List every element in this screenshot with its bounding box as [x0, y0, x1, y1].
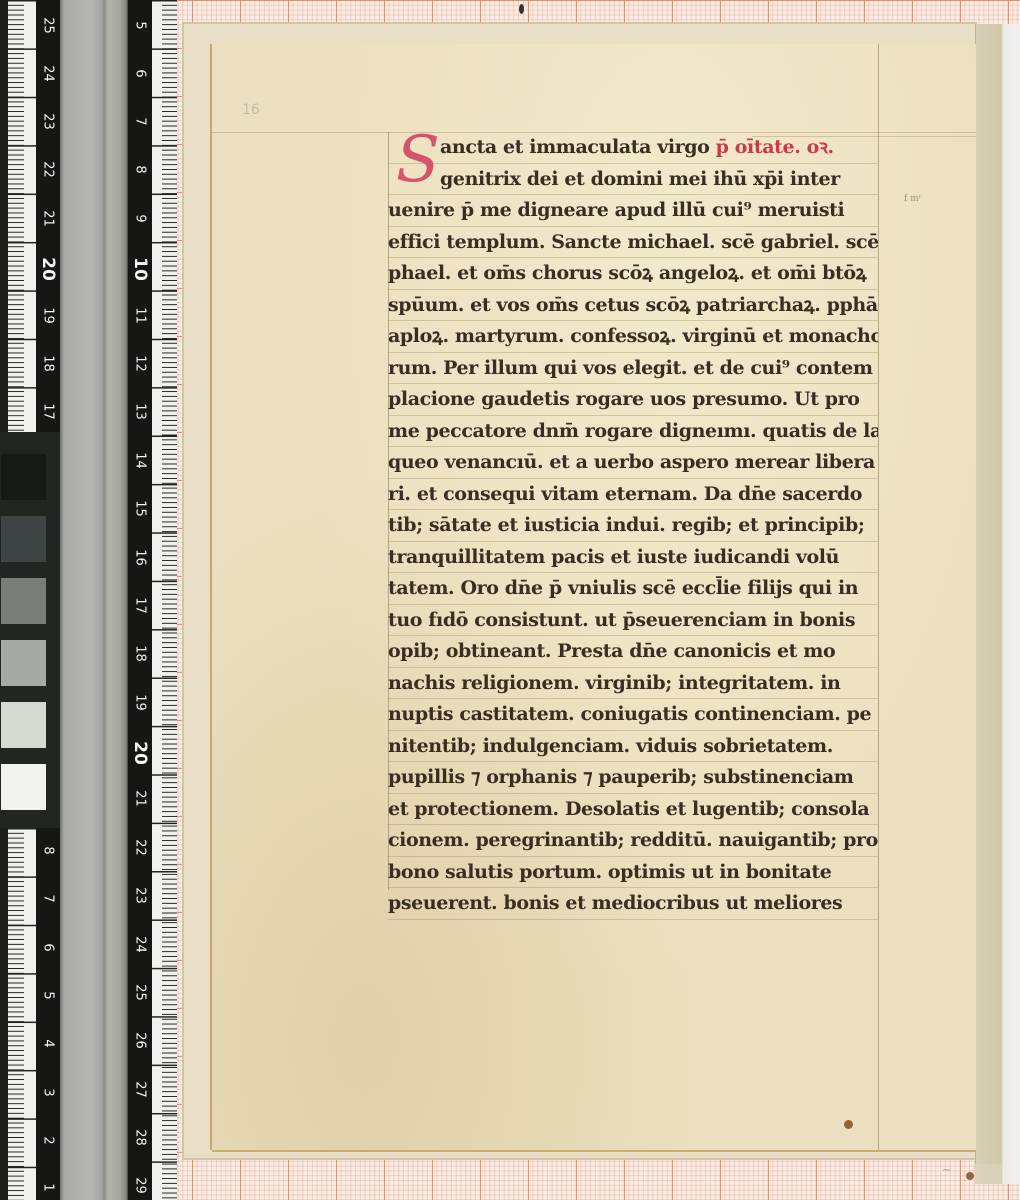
right-ruler-number-band: 5 6 7 8 9 10 11 12 13 14 15 16 17 18 19 …: [128, 0, 152, 1200]
ruler-label: 20: [130, 741, 150, 765]
ruler-label: 8: [41, 839, 56, 863]
ruler-label: 10: [130, 257, 150, 281]
text-line: pupillis ⁊ orphanis ⁊ pauperib; substine…: [388, 762, 878, 794]
text-line: queo venancıū. et a uerbo aspero merear …: [388, 447, 878, 479]
gray-patch-6: [1, 764, 46, 810]
ruler-label: 24: [133, 933, 148, 957]
gray-patch-5: [1, 702, 46, 748]
text-line: ancta et immaculata virgo p̄ oītate. oꝛ.: [388, 132, 878, 164]
left-ruler-scale-top: [8, 0, 36, 432]
ruler-label: 5: [41, 984, 56, 1008]
ruler-label: 8: [133, 158, 148, 182]
folder-flap: [975, 24, 1001, 1164]
text-line: effici templum. Sancte michael. scē gabr…: [388, 227, 878, 259]
text-line: placione gaudetis rogare uos presumo. Ut…: [388, 384, 878, 416]
ruler-label: 13: [133, 400, 148, 424]
text-line: opib; obtineant. Presta dn̄e canonicis e…: [388, 636, 878, 668]
ruler-label: 9: [133, 207, 148, 231]
ruler-label: 7: [41, 887, 56, 911]
gray-patch-1: [1, 454, 46, 500]
ruler-label: 17: [41, 400, 56, 424]
ruler-label: 23: [133, 884, 148, 908]
ruler-label: 2: [41, 1129, 56, 1153]
ruler-label: 21: [41, 207, 56, 231]
pencil-folio-number: 16: [242, 102, 260, 118]
ruler-label: 25: [133, 981, 148, 1005]
ruler-label: 4: [41, 1032, 56, 1056]
text-line: phael. et om̄s chorus scōꝝ angeloꝝ. et o…: [388, 258, 878, 290]
ruler-label: 6: [133, 62, 148, 86]
stain-spot: [844, 1120, 853, 1129]
rubric-text: p̄ oītate. oꝛ.: [716, 136, 834, 158]
ruler-label: 29: [133, 1174, 148, 1198]
ruler-label: 14: [133, 449, 148, 473]
ruler-label: 15: [133, 497, 148, 521]
margin-pencil-note: f mʳ: [904, 194, 922, 204]
text-line: nuptis castitatem. coniugatis continenci…: [388, 699, 878, 731]
gray-patch-4: [1, 640, 46, 686]
text-line: tatem. Oro dn̄e p̄ vniulis scē eccl̄ie f…: [388, 573, 878, 605]
ruler-label: 27: [133, 1078, 148, 1102]
text-line: nitentib; indulgenciam. viduis sobrietat…: [388, 731, 878, 763]
text-line: tib; sātate et iusticia indui. regib; et…: [388, 510, 878, 542]
ruler-label: 7: [133, 110, 148, 134]
gray-patch-2: [1, 516, 46, 562]
ruler-label: 25: [41, 14, 56, 38]
red-initial: S: [396, 128, 440, 192]
ruler-label: 28: [133, 1126, 148, 1150]
ruler-label: 23: [41, 110, 56, 134]
ruler-label: 17: [133, 594, 148, 618]
left-ruler-scale-bottom: [8, 828, 36, 1200]
text-line: me peccatore dnm̄ rogare digneımı. quati…: [388, 416, 878, 448]
text-line: spūum. et vos om̄s cetus scōꝝ patriarcha…: [388, 290, 878, 322]
text-line: aploꝝ. martyrum. confessoꝝ. virginū et m…: [388, 321, 878, 353]
text-column: S ancta et immaculata virgo p̄ oītate. o…: [388, 132, 878, 920]
text-line: bono salutis portum. optimis ut in bonit…: [388, 857, 878, 889]
ruler-label: 11: [133, 304, 148, 328]
ruler-label: 22: [133, 836, 148, 860]
ruler-label: 22: [41, 158, 56, 182]
text-line: nachis religionem. virginib; integritate…: [388, 668, 878, 700]
right-ruler-scale: [152, 0, 177, 1200]
stain-spot: [966, 1172, 974, 1180]
ruler-label: 1: [41, 1176, 56, 1200]
ruling-right-bound: [878, 44, 879, 1150]
ruler-label: 24: [41, 62, 56, 86]
text-line: cionem. peregrinantib; redditū. nauigant…: [388, 825, 878, 857]
text-line: rum. Per illum qui vos elegit. et de cui…: [388, 353, 878, 385]
pencil-scribble: ~: [942, 1163, 951, 1176]
ruler-label: 5: [133, 14, 148, 38]
ruler-label: 19: [41, 304, 56, 328]
ruler-label: 6: [41, 936, 56, 960]
text-line: uenire p̄ me digneare apud illū cui⁹ mer…: [388, 195, 878, 227]
ruler-label: 3: [41, 1081, 56, 1105]
text-line: et protectionem. Desolatis et lugentib; …: [388, 794, 878, 826]
text-line: ri. et consequi vitam eternam. Da dn̄e s…: [388, 479, 878, 511]
ruler-label: 18: [41, 352, 56, 376]
ruler-label: 21: [133, 787, 148, 811]
gray-scale-chart: [0, 432, 60, 828]
text-line: genitrix dei et domini mei ihū xp̄i inte…: [388, 164, 878, 196]
gray-patch-3: [1, 578, 46, 624]
text-line: tranquillitatem pacis et iuste iudicandi…: [388, 542, 878, 574]
ruler-label: 26: [133, 1029, 148, 1053]
aluminium-straightedge: [60, 0, 128, 1200]
ink-mark: [519, 4, 524, 14]
text-line: tuo fıdō consistunt. ut p̄seuerenciam in…: [388, 605, 878, 637]
ruler-label: 19: [133, 691, 148, 715]
ruler-label: 16: [133, 546, 148, 570]
text-line: pseuerent. bonis et mediocribus ut melio…: [388, 888, 878, 920]
ruler-label: 18: [133, 642, 148, 666]
manuscript-leaf: 16 f mʳ S ancta et immaculata virgo p̄ o…: [212, 44, 976, 1150]
ruler-label: 12: [133, 352, 148, 376]
ruler-label: 20: [38, 257, 58, 281]
